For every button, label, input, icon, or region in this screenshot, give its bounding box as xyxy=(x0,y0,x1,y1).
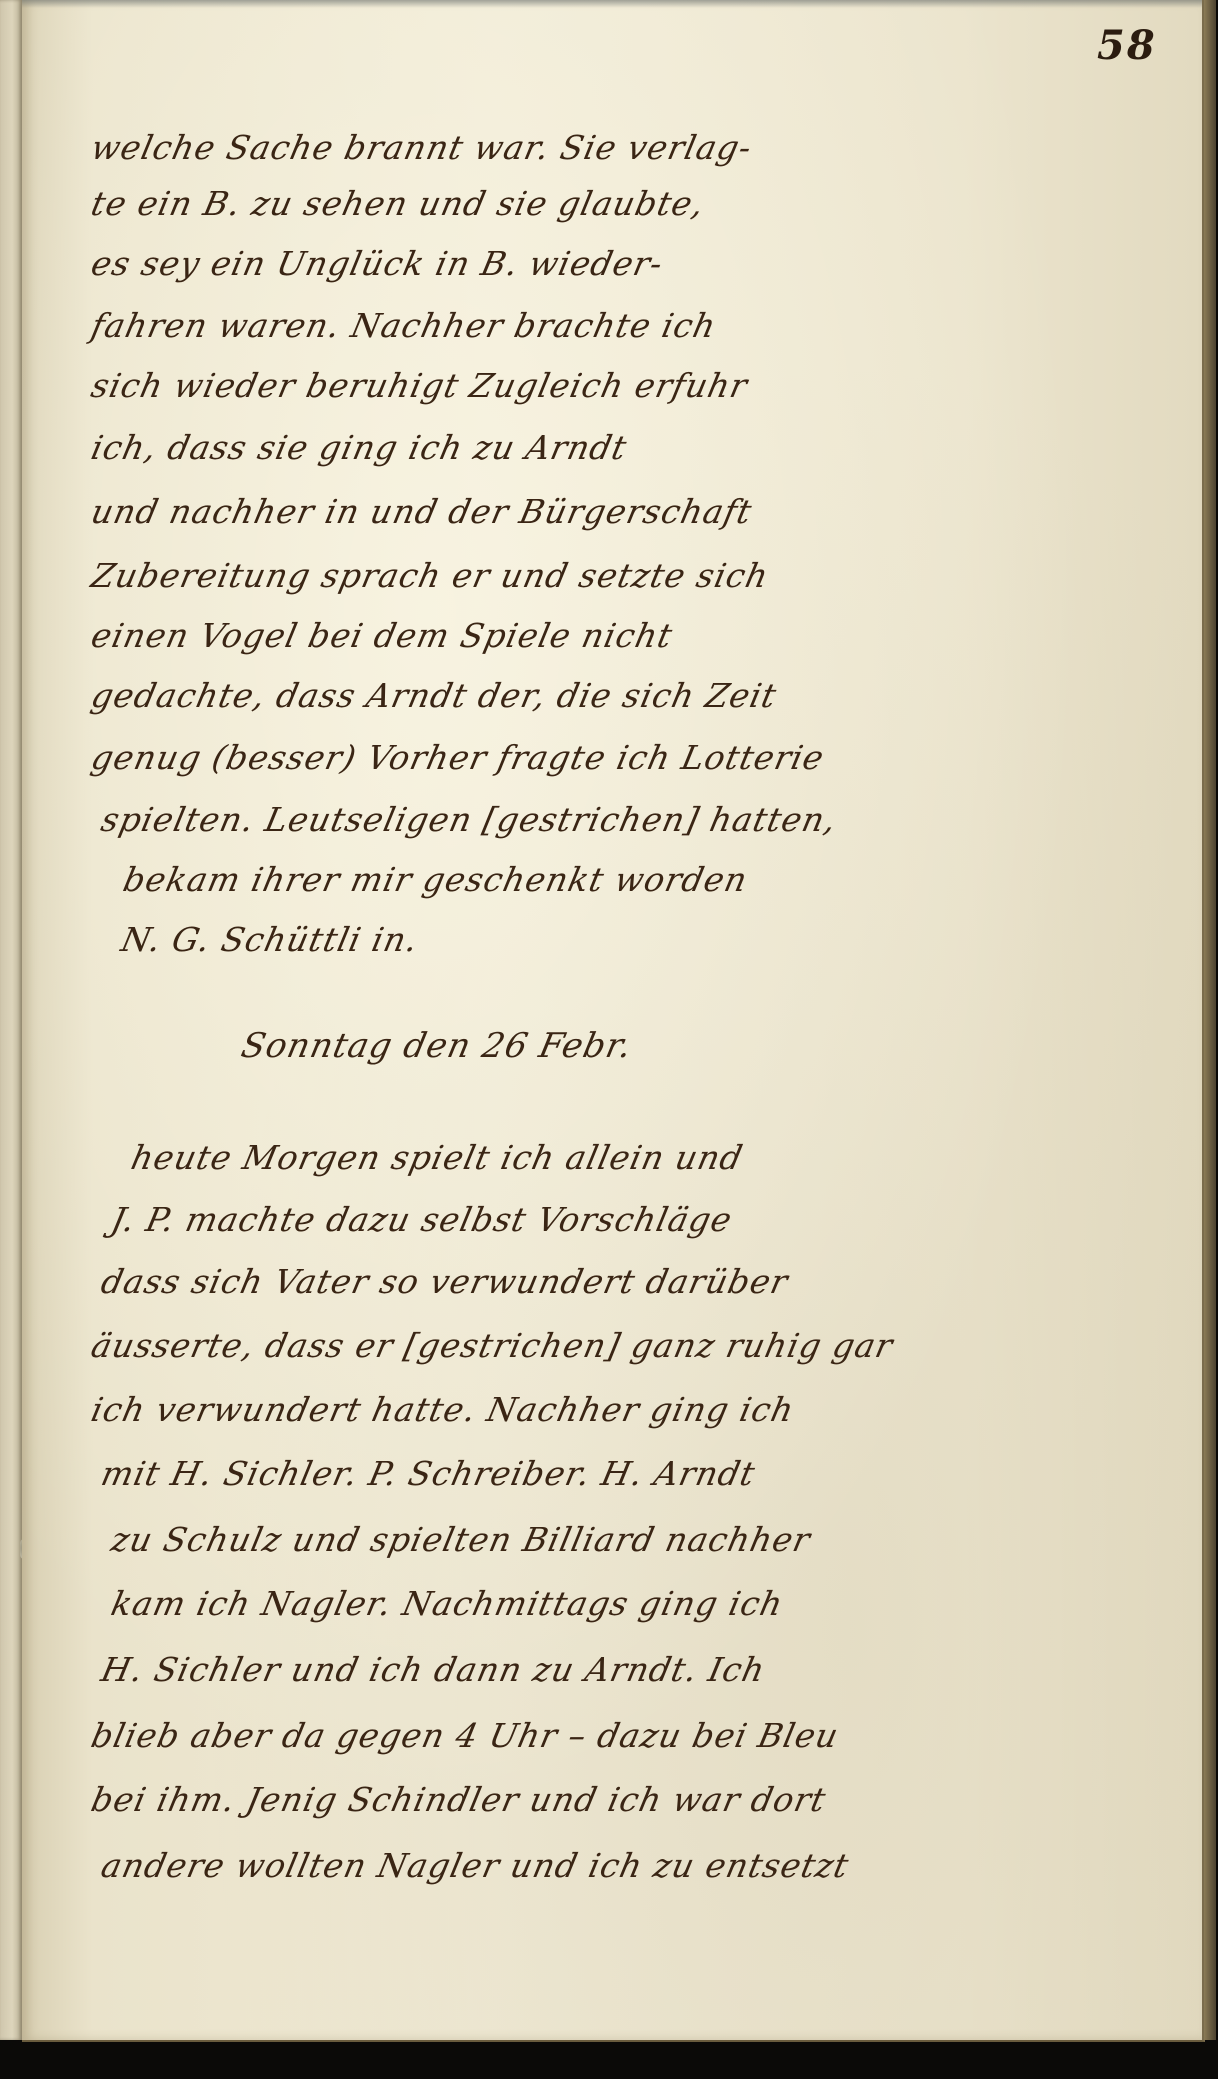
text-line: H. Sichler und ich dann zu Arndt. Ich xyxy=(98,1650,769,1689)
text-line: bei ihm. Jenig Schindler und ich war dor… xyxy=(88,1780,830,1819)
page-top-shadow xyxy=(22,0,1202,8)
text-line: einen Vogel bei dem Spiele nicht xyxy=(88,616,677,655)
text-line: andere wollten Nagler und ich zu entsetz… xyxy=(98,1846,853,1885)
text-line: J. P. machte dazu selbst Vorschläge xyxy=(108,1200,736,1239)
text-line: dass sich Vater so verwundert darüber xyxy=(98,1262,792,1301)
page-edge xyxy=(1204,0,1216,2040)
text-line: fahren waren. Nachher brachte ich xyxy=(88,306,720,345)
date-heading: Sonntag den 26 Febr. xyxy=(238,1026,636,1066)
text-line: zu Schulz und spielten Billiard nachher xyxy=(108,1520,815,1559)
text-line: gedachte, dass Arndt der, die sich Zeit xyxy=(88,676,781,715)
text-line: heute Morgen spielt ich allein und xyxy=(128,1138,747,1177)
text-line: bekam ihrer mir geschenkt worden xyxy=(120,860,752,899)
text-line: Zubereitung sprach er und setzte sich xyxy=(88,556,773,595)
text-line: ich, dass sie ging ich zu Arndt xyxy=(88,428,631,467)
text-line: genug (besser) Vorher fragte ich Lotteri… xyxy=(88,738,828,777)
text-line: kam ich Nagler. Nachmittags ging ich xyxy=(108,1584,787,1623)
text-line: te ein B. zu sehen und sie glaubte, xyxy=(88,184,708,223)
text-line: spielten. Leutseligen [gestrichen] hatte… xyxy=(98,800,841,839)
text-line: mit H. Sichler. P. Schreiber. H. Arndt xyxy=(98,1454,759,1493)
page-number: 58 xyxy=(1097,22,1157,69)
book-spine xyxy=(0,0,22,2040)
text-line: äusserte, dass er [gestrichen] ganz ruhi… xyxy=(88,1326,897,1365)
text-line: ich verwundert hatte. Nachher ging ich xyxy=(88,1390,798,1429)
text-line: sich wieder beruhigt Zugleich erfuhr xyxy=(88,366,752,405)
text-line: welche Sache brannt war. Sie verlag- xyxy=(88,128,756,167)
text-line: N. G. Schüttli in. xyxy=(118,920,422,959)
manuscript-page: 58 welche Sache brannt war. Sie verlag- … xyxy=(22,0,1205,2042)
text-line: es sey ein Unglück in B. wieder- xyxy=(88,244,667,283)
text-line: und nachher in und der Bürgerschaft xyxy=(88,492,756,531)
text-line: blieb aber da gegen 4 Uhr – dazu bei Ble… xyxy=(88,1716,843,1755)
